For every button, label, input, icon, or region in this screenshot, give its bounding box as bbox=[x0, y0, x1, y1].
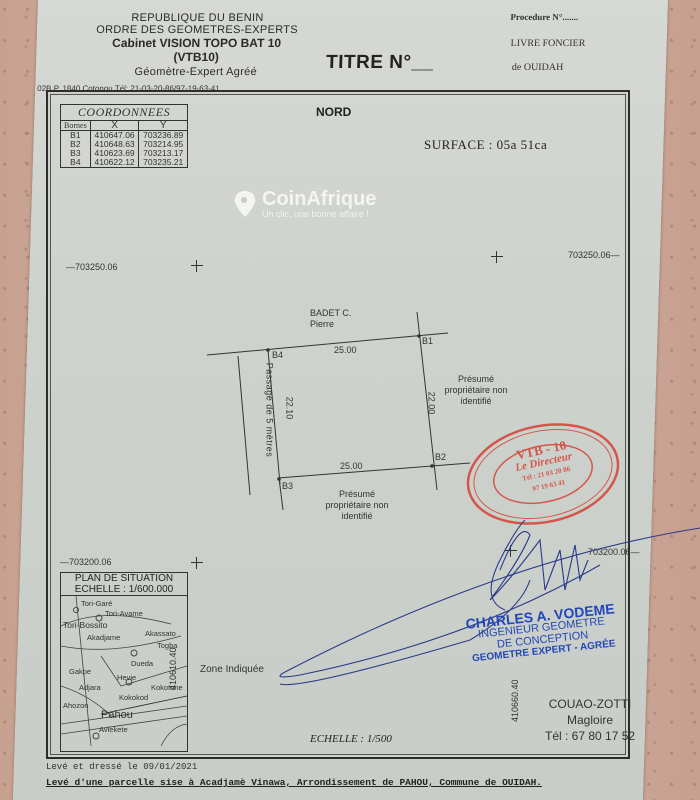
side-length-bottom: 25.00 bbox=[340, 461, 363, 471]
corner-b3: B3 bbox=[282, 481, 293, 491]
corner-b2: B2 bbox=[435, 452, 446, 462]
passage-label: Passage de 5 mètres bbox=[264, 363, 274, 458]
side-length-top: 25.00 bbox=[334, 345, 357, 355]
owner-phone: Tél : 67 80 17 52 bbox=[545, 728, 635, 744]
side-length-right: 22.00 bbox=[426, 392, 436, 415]
north-neighbor: BADET C.Pierre bbox=[310, 308, 351, 330]
corner-b1: B1 bbox=[422, 336, 433, 346]
date-line: Levé et dressé le 09/01/2021 bbox=[46, 762, 197, 772]
plan-scale: ECHELLE : 1/500 bbox=[310, 733, 392, 745]
zone-indicated-label: Zone Indiquée bbox=[200, 664, 264, 675]
situation-place-labels: Tori-Garé Tori-Avame Tori-Bossito Akadja… bbox=[61, 597, 187, 751]
situation-scale: ECHELLE : 1/600.000 bbox=[61, 584, 187, 595]
situation-title: PLAN DE SITUATION bbox=[61, 573, 187, 584]
south-neighbor: Présumépropriétaire nonidentifié bbox=[312, 489, 402, 522]
situation-plan: PLAN DE SITUATION ECHELLE : 1/600.000 To… bbox=[60, 572, 188, 752]
east-neighbor: Présumépropriétaire nonidentifié bbox=[436, 374, 516, 407]
owner-first-name: Magloire bbox=[545, 712, 635, 728]
side-length-left: 22.10 bbox=[284, 397, 294, 420]
situation-header: PLAN DE SITUATION ECHELLE : 1/600.000 bbox=[61, 573, 187, 596]
red-company-stamp: VTB - 10 Le Directeur Tél : 21 03 20 86 … bbox=[462, 418, 624, 530]
parcel-description: Levé d'une parcelle sise à Acadjamè Vina… bbox=[46, 777, 542, 788]
owner-block: COUAO-ZOTTI Magloire Tél : 67 80 17 52 bbox=[545, 696, 635, 744]
corner-b4: B4 bbox=[272, 350, 283, 360]
owner-name: COUAO-ZOTTI bbox=[545, 696, 635, 712]
